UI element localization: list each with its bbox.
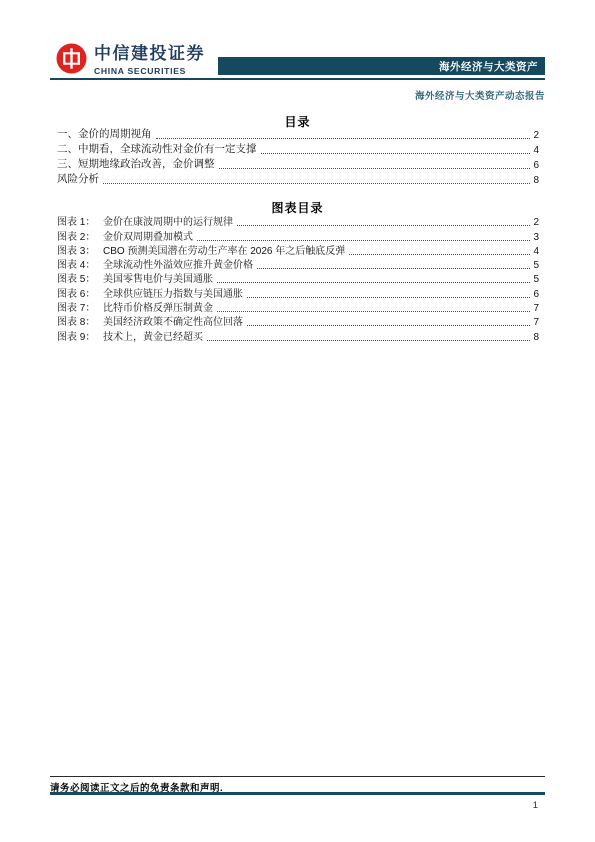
figure-entry-page: 3 [533,232,539,243]
toc-entry-page: 6 [533,160,539,171]
figure-entry-page: 8 [533,332,539,343]
figure-entry-title: 美国零售电价与美国通胀 [103,270,213,285]
figure-entry[interactable]: 图表 1： 金价在康波周期中的运行规律 2 [57,214,539,228]
figure-entry-number: 图表 2： [57,228,103,243]
toc-entry-label: 三、短期地缘政治改善，金价调整 [57,156,215,171]
citic-emblem-icon [56,43,87,74]
toc-entry[interactable]: 风险分析 8 [57,171,539,186]
report-type-label: 海外经济与大类资产动态报告 [50,88,545,102]
toc-entry-label: 二、中期看，全球流动性对金价有一定支撑 [57,141,257,156]
dot-leader [219,168,531,169]
footer-divider-thin [50,776,545,777]
report-category-banner: 海外经济与大类资产 [218,57,545,75]
toc-entry-label: 风险分析 [57,171,99,186]
dot-leader [217,311,530,312]
figure-entry-title: 技术上，黄金已经超买 [103,328,203,343]
figure-entry-title: 全球供应链压力指数与美国通胀 [103,285,243,300]
figure-entry-title: 金价双周期叠加模式 [103,228,193,243]
brand-name-en: CHINA SECURITIES [94,66,205,76]
figure-entry-title: 全球流动性外溢效应推升黄金价格 [103,256,253,271]
toc-entry-page: 4 [533,145,539,156]
figure-entry-title: 金价在康波周期中的运行规律 [103,213,233,228]
dot-leader [217,282,530,283]
toc-entry-page: 2 [533,130,539,141]
brand-name-cn: 中信建投证券 [94,45,205,63]
figure-entry-number: 图表 7： [57,299,103,314]
figure-entry-page: 5 [533,274,539,285]
header-divider [50,78,545,80]
figure-entry-page: 4 [533,246,539,257]
footer-divider-thick [50,792,545,795]
figure-entry[interactable]: 图表 9： 技术上，黄金已经超买 8 [57,328,539,342]
figure-entry-number: 图表 1： [57,213,103,228]
figure-entry[interactable]: 图表 5： 美国零售电价与美国通胀 5 [57,271,539,285]
toc-entry[interactable]: 一、金价的周期视角 2 [57,126,539,141]
dot-leader [156,138,531,139]
figure-entry-title: 比特币价格反弹压制黄金 [103,299,213,314]
figure-entry-page: 7 [533,303,539,314]
toc-entry[interactable]: 二、中期看，全球流动性对金价有一定支撑 4 [57,141,539,156]
dot-leader [257,268,530,269]
dot-leader [247,297,530,298]
figure-entry-number: 图表 3： [57,242,103,257]
dot-leader [349,254,530,255]
dot-leader [247,325,530,326]
toc-list: 一、金价的周期视角 2 二、中期看，全球流动性对金价有一定支撑 4 三、短期地缘… [57,126,539,186]
report-page: 中信建投证券 CHINA SECURITIES 海外经济与大类资产 海外经济与大… [0,0,595,842]
dot-leader [103,183,530,184]
figure-entry-page: 2 [533,217,539,228]
figure-entry-page: 7 [533,317,539,328]
figure-entry-number: 图表 4： [57,256,103,271]
figure-entry-page: 6 [533,289,539,300]
figure-entry[interactable]: 图表 8： 美国经济政策不确定性高位回落 7 [57,314,539,328]
figure-entry-page: 5 [533,260,539,271]
toc-entry-label: 一、金价的周期视角 [57,126,152,141]
dot-leader [197,240,530,241]
page-number: 1 [50,800,538,811]
figure-list: 图表 1： 金价在康波周期中的运行规律 2 图表 2： 金价双周期叠加模式 3 … [57,214,539,343]
toc-entry[interactable]: 三、短期地缘政治改善，金价调整 6 [57,156,539,171]
company-logo: 中信建投证券 CHINA SECURITIES [56,43,205,76]
figure-entry[interactable]: 图表 6： 全球供应链压力指数与美国通胀 6 [57,285,539,299]
figure-entry-title: 美国经济政策不确定性高位回落 [103,313,243,328]
figure-entry-number: 图表 8： [57,313,103,328]
figure-entry-number: 图表 5： [57,270,103,285]
figure-entry[interactable]: 图表 4： 全球流动性外溢效应推升黄金价格 5 [57,257,539,271]
figure-entry[interactable]: 图表 2： 金价双周期叠加模式 3 [57,228,539,242]
figure-entry[interactable]: 图表 7： 比特币价格反弹压制黄金 7 [57,300,539,314]
figure-entry-number: 图表 9： [57,328,103,343]
figure-entry-number: 图表 6： [57,285,103,300]
toc-entry-page: 8 [533,175,539,186]
figure-entry-title: CBO 预测美国潜在劳动生产率在 2026 年之后触底反弹 [103,242,345,257]
figure-entry[interactable]: 图表 3： CBO 预测美国潜在劳动生产率在 2026 年之后触底反弹 4 [57,243,539,257]
dot-leader [261,153,531,154]
dot-leader [207,340,530,341]
dot-leader [237,225,530,226]
